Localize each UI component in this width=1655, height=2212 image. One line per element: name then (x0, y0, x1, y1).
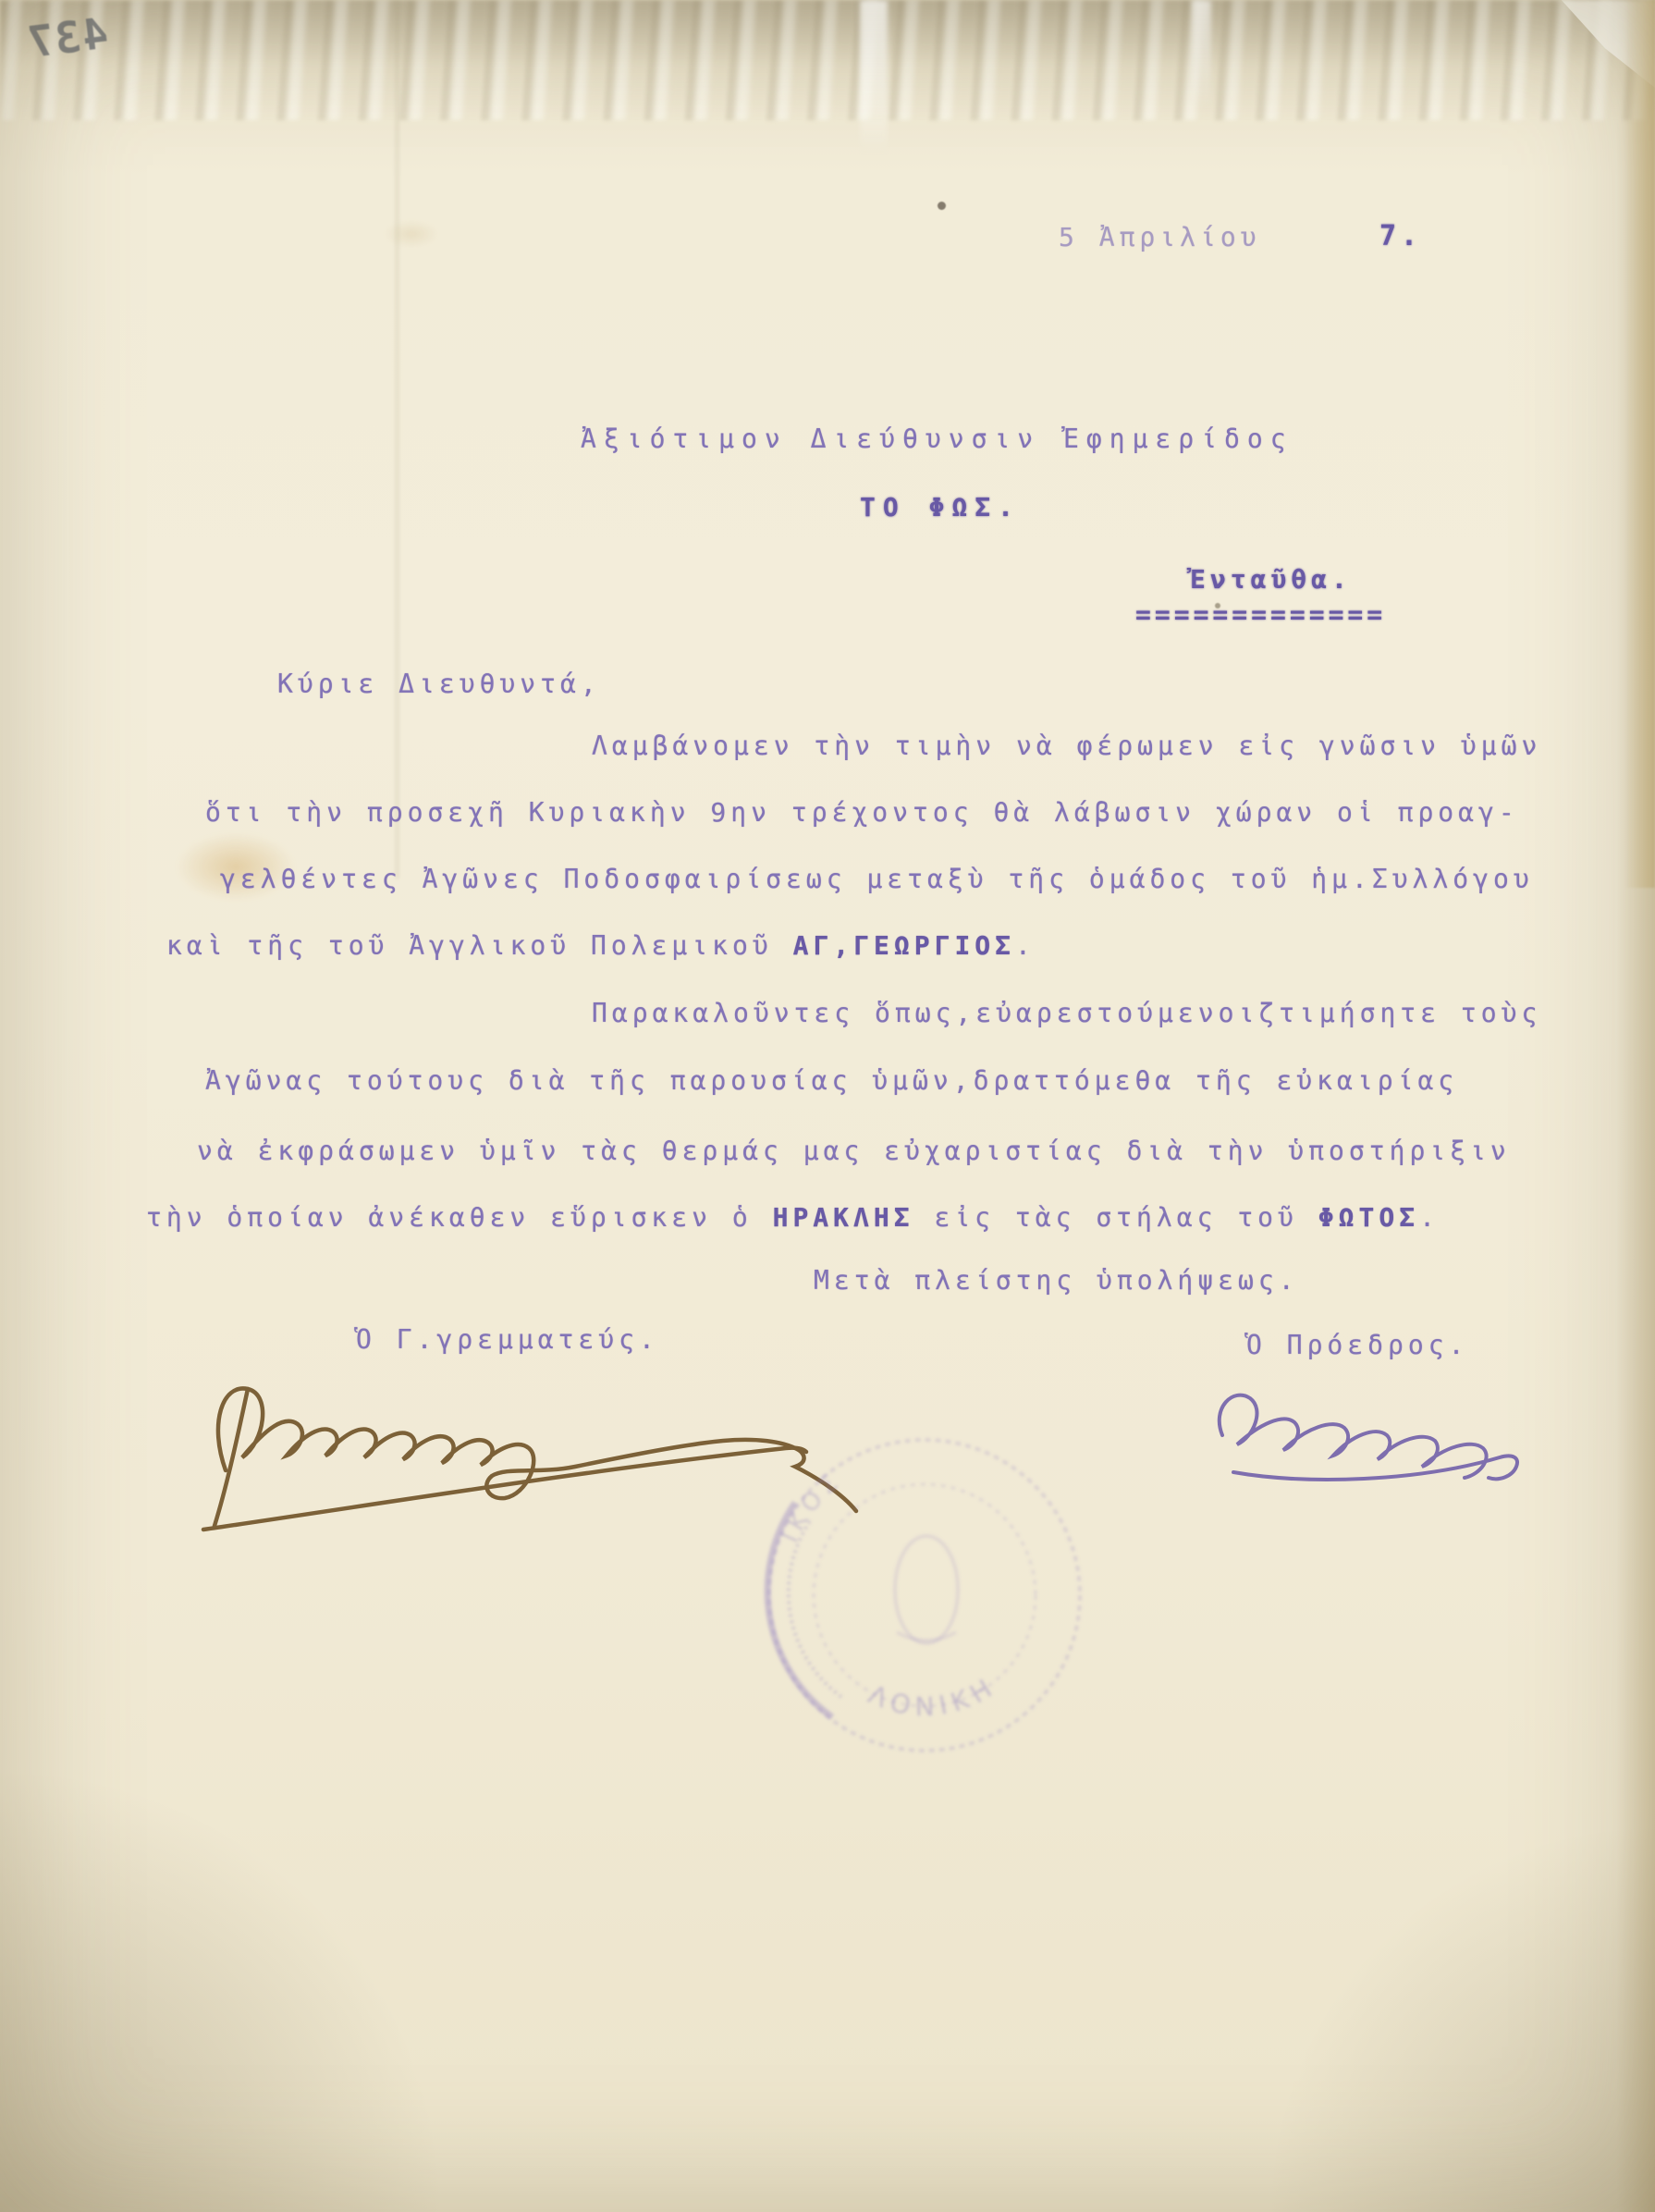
salutation: Κύριε Διευθυντά, (277, 669, 601, 699)
stamp-bottom-text: ΛΟΝΙΚΗ (864, 1670, 1002, 1723)
recipient-location: Ἐνταῦθα. (1190, 564, 1352, 595)
date-year-fragment: 7. (1379, 220, 1422, 252)
team-name: ΑΓ,ΓΕΩΡΓΙΟΣ (793, 930, 1015, 961)
body-line: καὶ τῆς τοῦ Ἀγγλικοῦ Πολεμικοῦ ΑΓ,ΓΕΩΡΓΙ… (166, 930, 1036, 961)
body-text: . (1015, 930, 1036, 961)
recipient-line: Ἀξιότιμον Διεύθυνσιν Ἐφημερίδος (581, 424, 1293, 454)
stamp-graphics: ΙΚΟΣ ΛΟΝΙΚΗ (767, 1440, 1080, 1751)
crinkled-top-edge (0, 0, 1655, 120)
body-line: νὰ ἐκφράσωμεν ὑμῖν τὰς θερμάς μας εὐχαρι… (197, 1136, 1511, 1166)
paper-crease-highlight (1193, 0, 1211, 111)
recipient-newspaper-name: ΤΟ ΦΩΣ. (860, 492, 1021, 522)
body-line: Παρακαλοῦντες ὅπως,εὐαρεστούμενοιζτιμήση… (592, 998, 1541, 1028)
paper-edge-shadow (1616, 0, 1655, 2212)
president-title: Ὁ Πρόεδρος. (1246, 1330, 1468, 1360)
svg-text:ΙΚΟΣ: ΙΚΟΣ (776, 1466, 847, 1546)
date-day-month: 5 Ἀπριλίου (1059, 222, 1261, 252)
svg-text:ΛΟΝΙΚΗ: ΛΟΝΙΚΗ (864, 1670, 1002, 1723)
club-round-stamp: ΙΚΟΣ ΛΟΝΙΚΗ (721, 1392, 1128, 1799)
signature-stroke (1220, 1395, 1517, 1480)
president-signature (1193, 1367, 1544, 1515)
stamp-top-text: ΙΚΟΣ (776, 1466, 847, 1546)
ink-speck (938, 202, 946, 210)
paper-stain (384, 220, 439, 248)
body-text: . (1419, 1202, 1440, 1233)
body-line: ὅτι τὴν προσεχῆ Κυριακὴν 9ην τρέχοντος θ… (205, 797, 1519, 828)
body-text: τὴν ὁποίαν ἀνέκαθεν εὕρισκεν ὁ (146, 1202, 773, 1233)
vertical-crease (396, 0, 398, 879)
paper-crease-highlight (860, 0, 888, 153)
scanned-letter-page: 437 5 Ἀπριλίου 7. Ἀξιότιμον Διεύθυνσιν Ἐ… (0, 0, 1655, 2212)
newspaper-name: ΦΩΤΟΣ (1318, 1202, 1419, 1233)
body-text: εἰς τὰς στήλας τοῦ (914, 1202, 1318, 1233)
location-underline: ============= (1135, 599, 1386, 630)
body-line: γελθέντες Ἀγῶνες Ποδοσφαιρίσεως μεταξὺ τ… (220, 864, 1534, 894)
body-line: τὴν ὁποίαν ἀνέκαθεν εὕρισκεν ὁ ΗΡΑΚΛΗΣ ε… (146, 1202, 1440, 1233)
secretary-title: Ὁ Γ.γρεμματεύς. (356, 1324, 659, 1355)
body-line: Ἀγῶνας τούτους διὰ τῆς παρουσίας ὑμῶν,δρ… (205, 1065, 1458, 1096)
body-line: Λαμβάνομεν τὴν τιμὴν νὰ φέρωμεν εἰς γνῶσ… (592, 731, 1541, 761)
closing-phrase: Μετὰ πλείστης ὑπολήψεως. (814, 1265, 1299, 1296)
scan-vignette (0, 0, 1655, 2212)
body-text: καὶ τῆς τοῦ Ἀγγλικοῦ Πολεμικοῦ (166, 930, 793, 961)
club-name: ΗΡΑΚΛΗΣ (773, 1202, 914, 1233)
page-number-bleedthrough: 437 (23, 8, 111, 68)
